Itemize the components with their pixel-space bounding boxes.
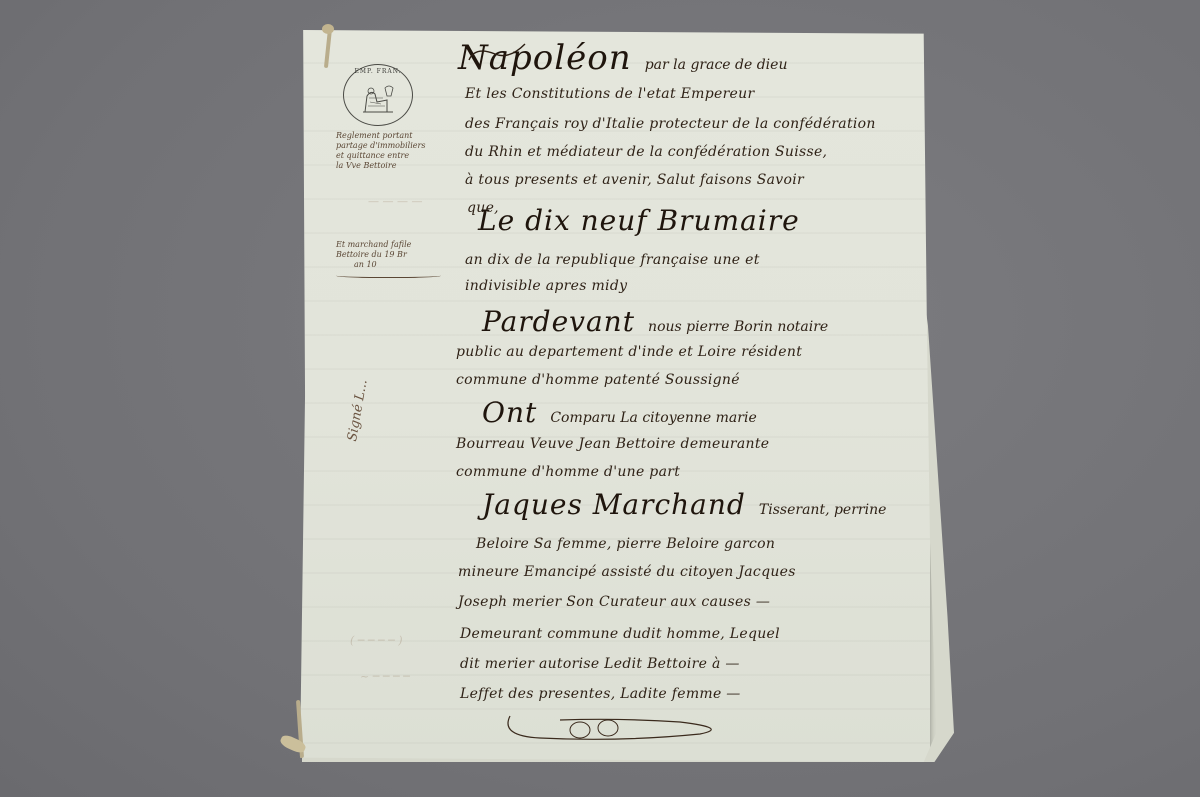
margin-note-line: partage d'immobiliers bbox=[336, 141, 425, 151]
stamp-legend: EMP. FRAN. bbox=[344, 68, 412, 75]
margin-note-line: Reglement portant bbox=[336, 131, 425, 141]
bleed-through-text: ~ ─ ─ ─ ─ bbox=[360, 670, 410, 683]
body-line: du Rhin et médiateur de la confédération… bbox=[465, 144, 827, 160]
margin-note-line: Et marchand fafile bbox=[336, 240, 441, 250]
margin-note-middle: Et marchand fafile Bettoire du 19 Br an … bbox=[336, 240, 441, 278]
heading-ont: Ont Comparu La citoyenne marie bbox=[482, 396, 757, 429]
heading-date: Le dix neuf Brumaire bbox=[478, 204, 800, 237]
ont-line: Bourreau Veuve Jean Bettoire demeurante bbox=[456, 436, 769, 452]
date-heading: Le dix neuf Brumaire bbox=[478, 204, 800, 237]
pardevant-rest: nous pierre Borin notaire bbox=[648, 319, 828, 335]
body-line: à tous presents et avenir, Salut faisons… bbox=[465, 172, 804, 188]
margin-note-line: Bettoire du 19 Br bbox=[336, 250, 441, 260]
imperial-stamp-icon: EMP. FRAN. bbox=[343, 64, 413, 126]
body-line: des Français roy d'Italie protecteur de … bbox=[465, 116, 876, 132]
heading-rest: par la grace de dieu bbox=[645, 57, 788, 73]
jaques-line: Joseph merier Son Curateur aux causes — bbox=[458, 594, 770, 610]
margin-note-line: et quittance entre bbox=[336, 151, 425, 161]
margin-note-line: an 10 bbox=[336, 260, 441, 270]
jaques-line: Leffet des presentes, Ladite femme — bbox=[460, 686, 741, 702]
allegorical-figure-icon bbox=[357, 82, 399, 116]
date-line: an dix de la republique française une et bbox=[465, 252, 760, 268]
jaques-rest: Tisserant, perrine bbox=[759, 502, 886, 518]
jaques-line: dit merier autorise Ledit Bettoire à — bbox=[460, 656, 740, 672]
jaques-heading: Jaques Marchand bbox=[482, 488, 746, 521]
jaques-line: Beloire Sa femme, pierre Beloire garcon bbox=[476, 536, 775, 552]
jaques-line: mineure Emancipé assisté du citoyen Jacq… bbox=[458, 564, 796, 580]
bleed-through-text: — — — — bbox=[368, 195, 423, 208]
margin-note-top: Reglement portant partage d'immobiliers … bbox=[336, 131, 425, 171]
ont-rest: Comparu La citoyenne marie bbox=[550, 410, 756, 426]
jaques-line: Demeurant commune dudit homme, Lequel bbox=[460, 626, 780, 642]
pardevant-line: public au departement d'inde et Loire ré… bbox=[456, 344, 802, 360]
heading-jaques: Jaques Marchand Tisserant, perrine bbox=[482, 488, 886, 521]
ont-line: commune d'homme d'une part bbox=[456, 464, 680, 480]
margin-note-line: la Vve Bettoire bbox=[336, 161, 425, 171]
margin-flourish bbox=[336, 272, 441, 278]
binding-knot-top bbox=[322, 24, 334, 34]
ont-heading: Ont bbox=[482, 396, 537, 429]
heading-swash-icon bbox=[465, 40, 535, 70]
heading-pardevant: Pardevant nous pierre Borin notaire bbox=[482, 305, 828, 338]
pardevant-line: commune d'homme patenté Soussigné bbox=[456, 372, 740, 388]
closing-flourish-icon bbox=[500, 714, 740, 744]
pardevant-heading: Pardevant bbox=[482, 305, 635, 338]
date-line: indivisible apres midy bbox=[465, 278, 627, 294]
body-line: Et les Constitutions de l'etat Empereur bbox=[465, 86, 754, 102]
bleed-through-text: ( ─ ─ ─ ─ ) bbox=[350, 634, 403, 647]
